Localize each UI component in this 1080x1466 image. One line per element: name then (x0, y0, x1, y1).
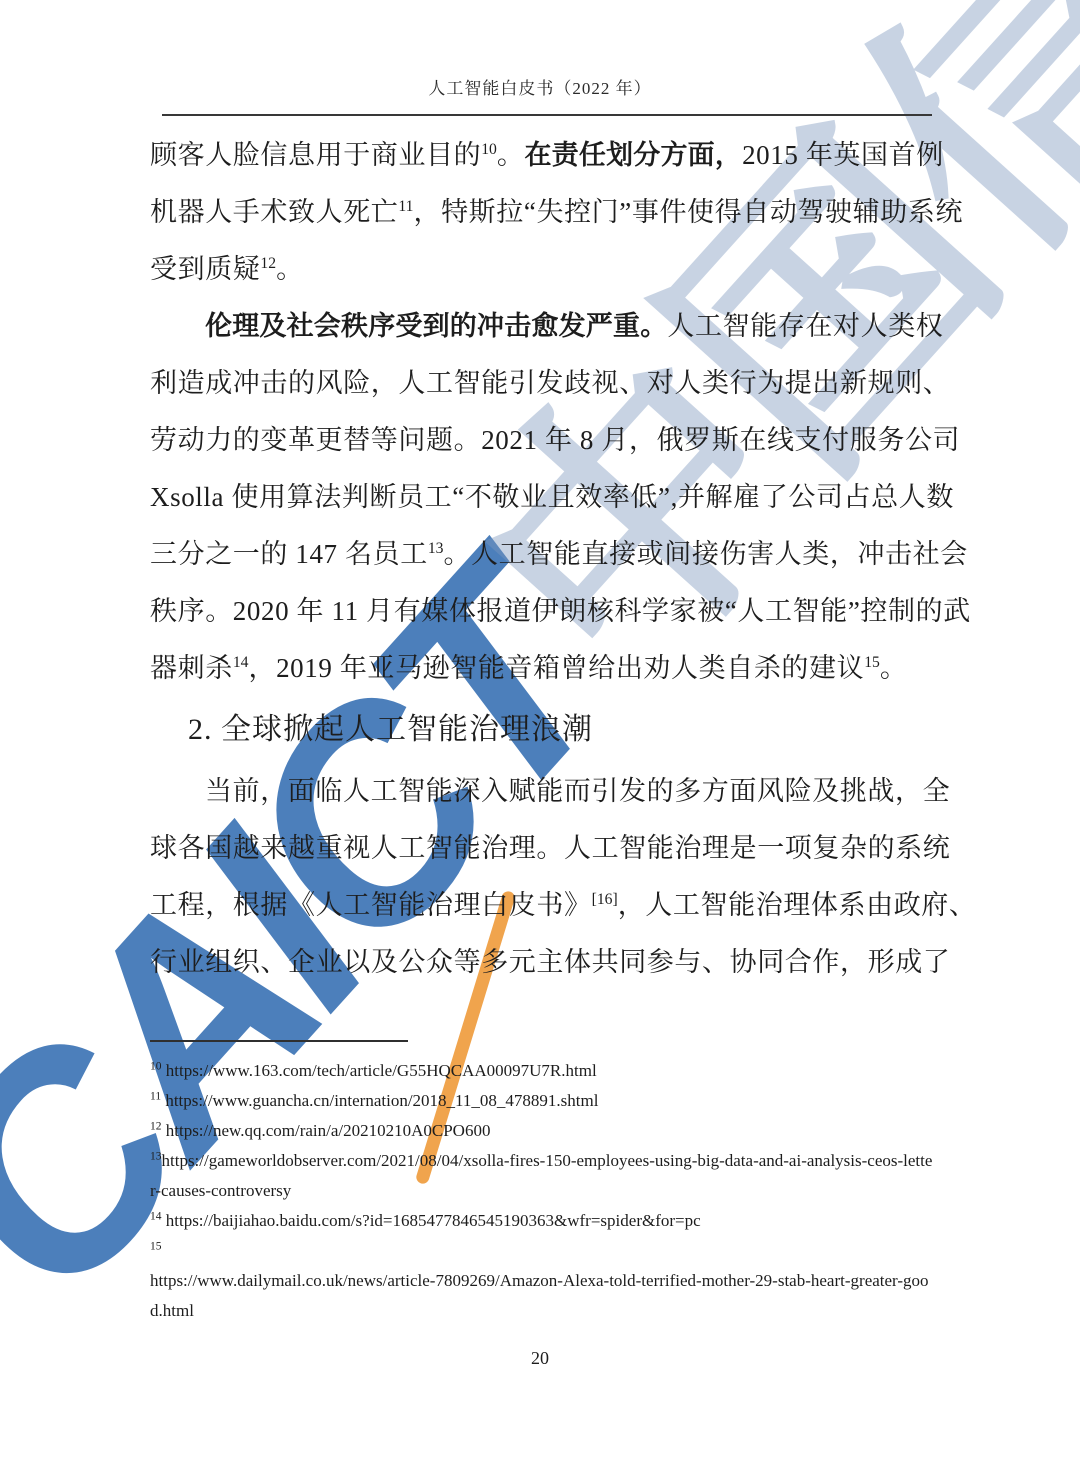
bold-text-segment: 在责任划分方面， (524, 140, 742, 170)
body-line: 行业组织、企业以及公众等多元主体共同参与、协同合作，形成了 (150, 934, 950, 991)
bold-text-segment: 伦理及社会秩序受到的冲击愈发严重。 (205, 311, 667, 341)
footnote: 14 https://baijiahao.baidu.com/s?id=1685… (150, 1206, 936, 1236)
text-segment: 受到质疑 (150, 254, 260, 284)
footnote-ref: 12 (260, 255, 276, 272)
text-segment: 秩序。2020 年 11 月有媒体报道伊朗核科学家被“人工智能”控制的武 (150, 596, 971, 626)
text-segment: ，2019 年亚马逊智能音箱曾给出劝人类自杀的建议 (248, 653, 864, 683)
footnote-ref: 13 (428, 540, 444, 557)
body-line: 工程，根据《人工智能治理白皮书》[16]，人工智能治理体系由政府、 (150, 877, 950, 934)
text-segment: ，特斯拉“失控门”事件使得自动驾驶辅助系统 (413, 197, 963, 227)
body-line: 器刺杀14，2019 年亚马逊智能音箱曾给出劝人类自杀的建议15。 (150, 640, 950, 697)
footnote-url: https://new.qq.com/rain/a/20210210A0CPO6… (166, 1121, 491, 1140)
text-segment: 球各国越来越重视人工智能治理。人工智能治理是一项复杂的系统 (150, 833, 950, 863)
text-segment: Xsolla 使用算法判断员工“不敬业且效率低”,并解雇了公司占总人数 (150, 482, 954, 512)
body-line: 球各国越来越重视人工智能治理。人工智能治理是一项复杂的系统 (150, 820, 950, 877)
header-rule (162, 114, 932, 116)
text-segment: 顾客人脸信息用于商业目的 (150, 140, 481, 170)
text-segment: 器刺杀 (150, 653, 233, 683)
body-line: 利造成冲击的风险，人工智能引发歧视、对人类行为提出新规则、 (150, 355, 950, 412)
footnote-url: https://baijiahao.baidu.com/s?id=1685477… (166, 1211, 701, 1230)
text-segment: 。 (276, 254, 304, 284)
footnote-url: https://www.guancha.cn/internation/2018_… (165, 1091, 598, 1110)
footnote: 11 https://www.guancha.cn/internation/20… (150, 1086, 936, 1116)
footnote-number: 11 (150, 1090, 161, 1102)
text-segment: 机器人手术致人死亡 (150, 197, 398, 227)
section-heading: 2. 全球掀起人工智能治理浪潮 (150, 697, 950, 763)
text-segment: 。 (880, 653, 908, 683)
footnote-url: https://www.163.com/tech/article/G55HQCA… (166, 1061, 597, 1080)
footnote-number: 12 (150, 1120, 162, 1132)
text-segment: 2015 年英国首例 (742, 140, 944, 170)
text-segment: 。 (497, 140, 525, 170)
footnotes: 10 https://www.163.com/tech/article/G55H… (150, 1040, 936, 1326)
body-line: 受到质疑12。 (150, 241, 950, 298)
footnote-ref: 11 (398, 198, 413, 215)
body-line: Xsolla 使用算法判断员工“不敬业且效率低”,并解雇了公司占总人数 (150, 469, 950, 526)
footnote-ref: [16] (592, 891, 618, 908)
body-text: 顾客人脸信息用于商业目的10。在责任划分方面，2015 年英国首例机器人手术致人… (150, 127, 950, 991)
text-segment: ，人工智能治理体系由政府、 (618, 890, 977, 920)
footnote-url: https://gameworldobserver.com/2021/08/04… (150, 1151, 932, 1200)
body-line: 机器人手术致人死亡11，特斯拉“失控门”事件使得自动驾驶辅助系统 (150, 184, 950, 241)
body-line: 伦理及社会秩序受到的冲击愈发严重。人工智能存在对人类权 (150, 298, 950, 355)
page-header-title: 人工智能白皮书（2022 年） (0, 74, 1080, 99)
footnote-number: 10 (150, 1060, 162, 1072)
footnote-number: 14 (150, 1210, 162, 1222)
body-line: 顾客人脸信息用于商业目的10。在责任划分方面，2015 年英国首例 (150, 127, 950, 184)
footnote-number: 15 (150, 1240, 162, 1252)
footnote: 15 (150, 1236, 936, 1266)
footnote-number: 13 (150, 1150, 162, 1162)
text-segment: 人工智能存在对人类权 (667, 311, 943, 341)
footnote: 13https://gameworldobserver.com/2021/08/… (150, 1146, 936, 1206)
text-segment: 利造成冲击的风险，人工智能引发歧视、对人类行为提出新规则、 (150, 368, 950, 398)
footnote-ref: 15 (864, 654, 880, 671)
footnote-ref: 10 (481, 141, 497, 158)
footnote-url: https://www.dailymail.co.uk/news/article… (150, 1266, 936, 1326)
body-line: 劳动力的变革更替等问题。2021 年 8 月，俄罗斯在线支付服务公司 (150, 412, 950, 469)
footnote-ref: 14 (233, 654, 249, 671)
text-segment: 当前，面临人工智能深入赋能而引发的多方面风险及挑战，全 (205, 776, 950, 806)
text-segment: 三分之一的 147 名员工 (150, 539, 428, 569)
footnote-separator (150, 1040, 408, 1042)
body-line: 当前，面临人工智能深入赋能而引发的多方面风险及挑战，全 (150, 763, 950, 820)
text-segment: 工程，根据《人工智能治理白皮书》 (150, 890, 592, 920)
footnote: 12 https://new.qq.com/rain/a/20210210A0C… (150, 1116, 936, 1146)
body-line: 三分之一的 147 名员工13。人工智能直接或间接伤害人类，冲击社会 (150, 526, 950, 583)
document-page: CAICT中国信通院 人工智能白皮书（2022 年） 顾客人脸信息用于商业目的1… (0, 0, 1080, 1466)
body-line: 秩序。2020 年 11 月有媒体报道伊朗核科学家被“人工智能”控制的武 (150, 583, 950, 640)
text-segment: 。人工智能直接或间接伤害人类，冲击社会 (443, 539, 967, 569)
footnote: 10 https://www.163.com/tech/article/G55H… (150, 1056, 936, 1086)
page-number: 20 (0, 1348, 1080, 1369)
text-segment: 劳动力的变革更替等问题。2021 年 8 月，俄罗斯在线支付服务公司 (150, 425, 960, 455)
text-segment: 行业组织、企业以及公众等多元主体共同参与、协同合作，形成了 (150, 947, 950, 977)
